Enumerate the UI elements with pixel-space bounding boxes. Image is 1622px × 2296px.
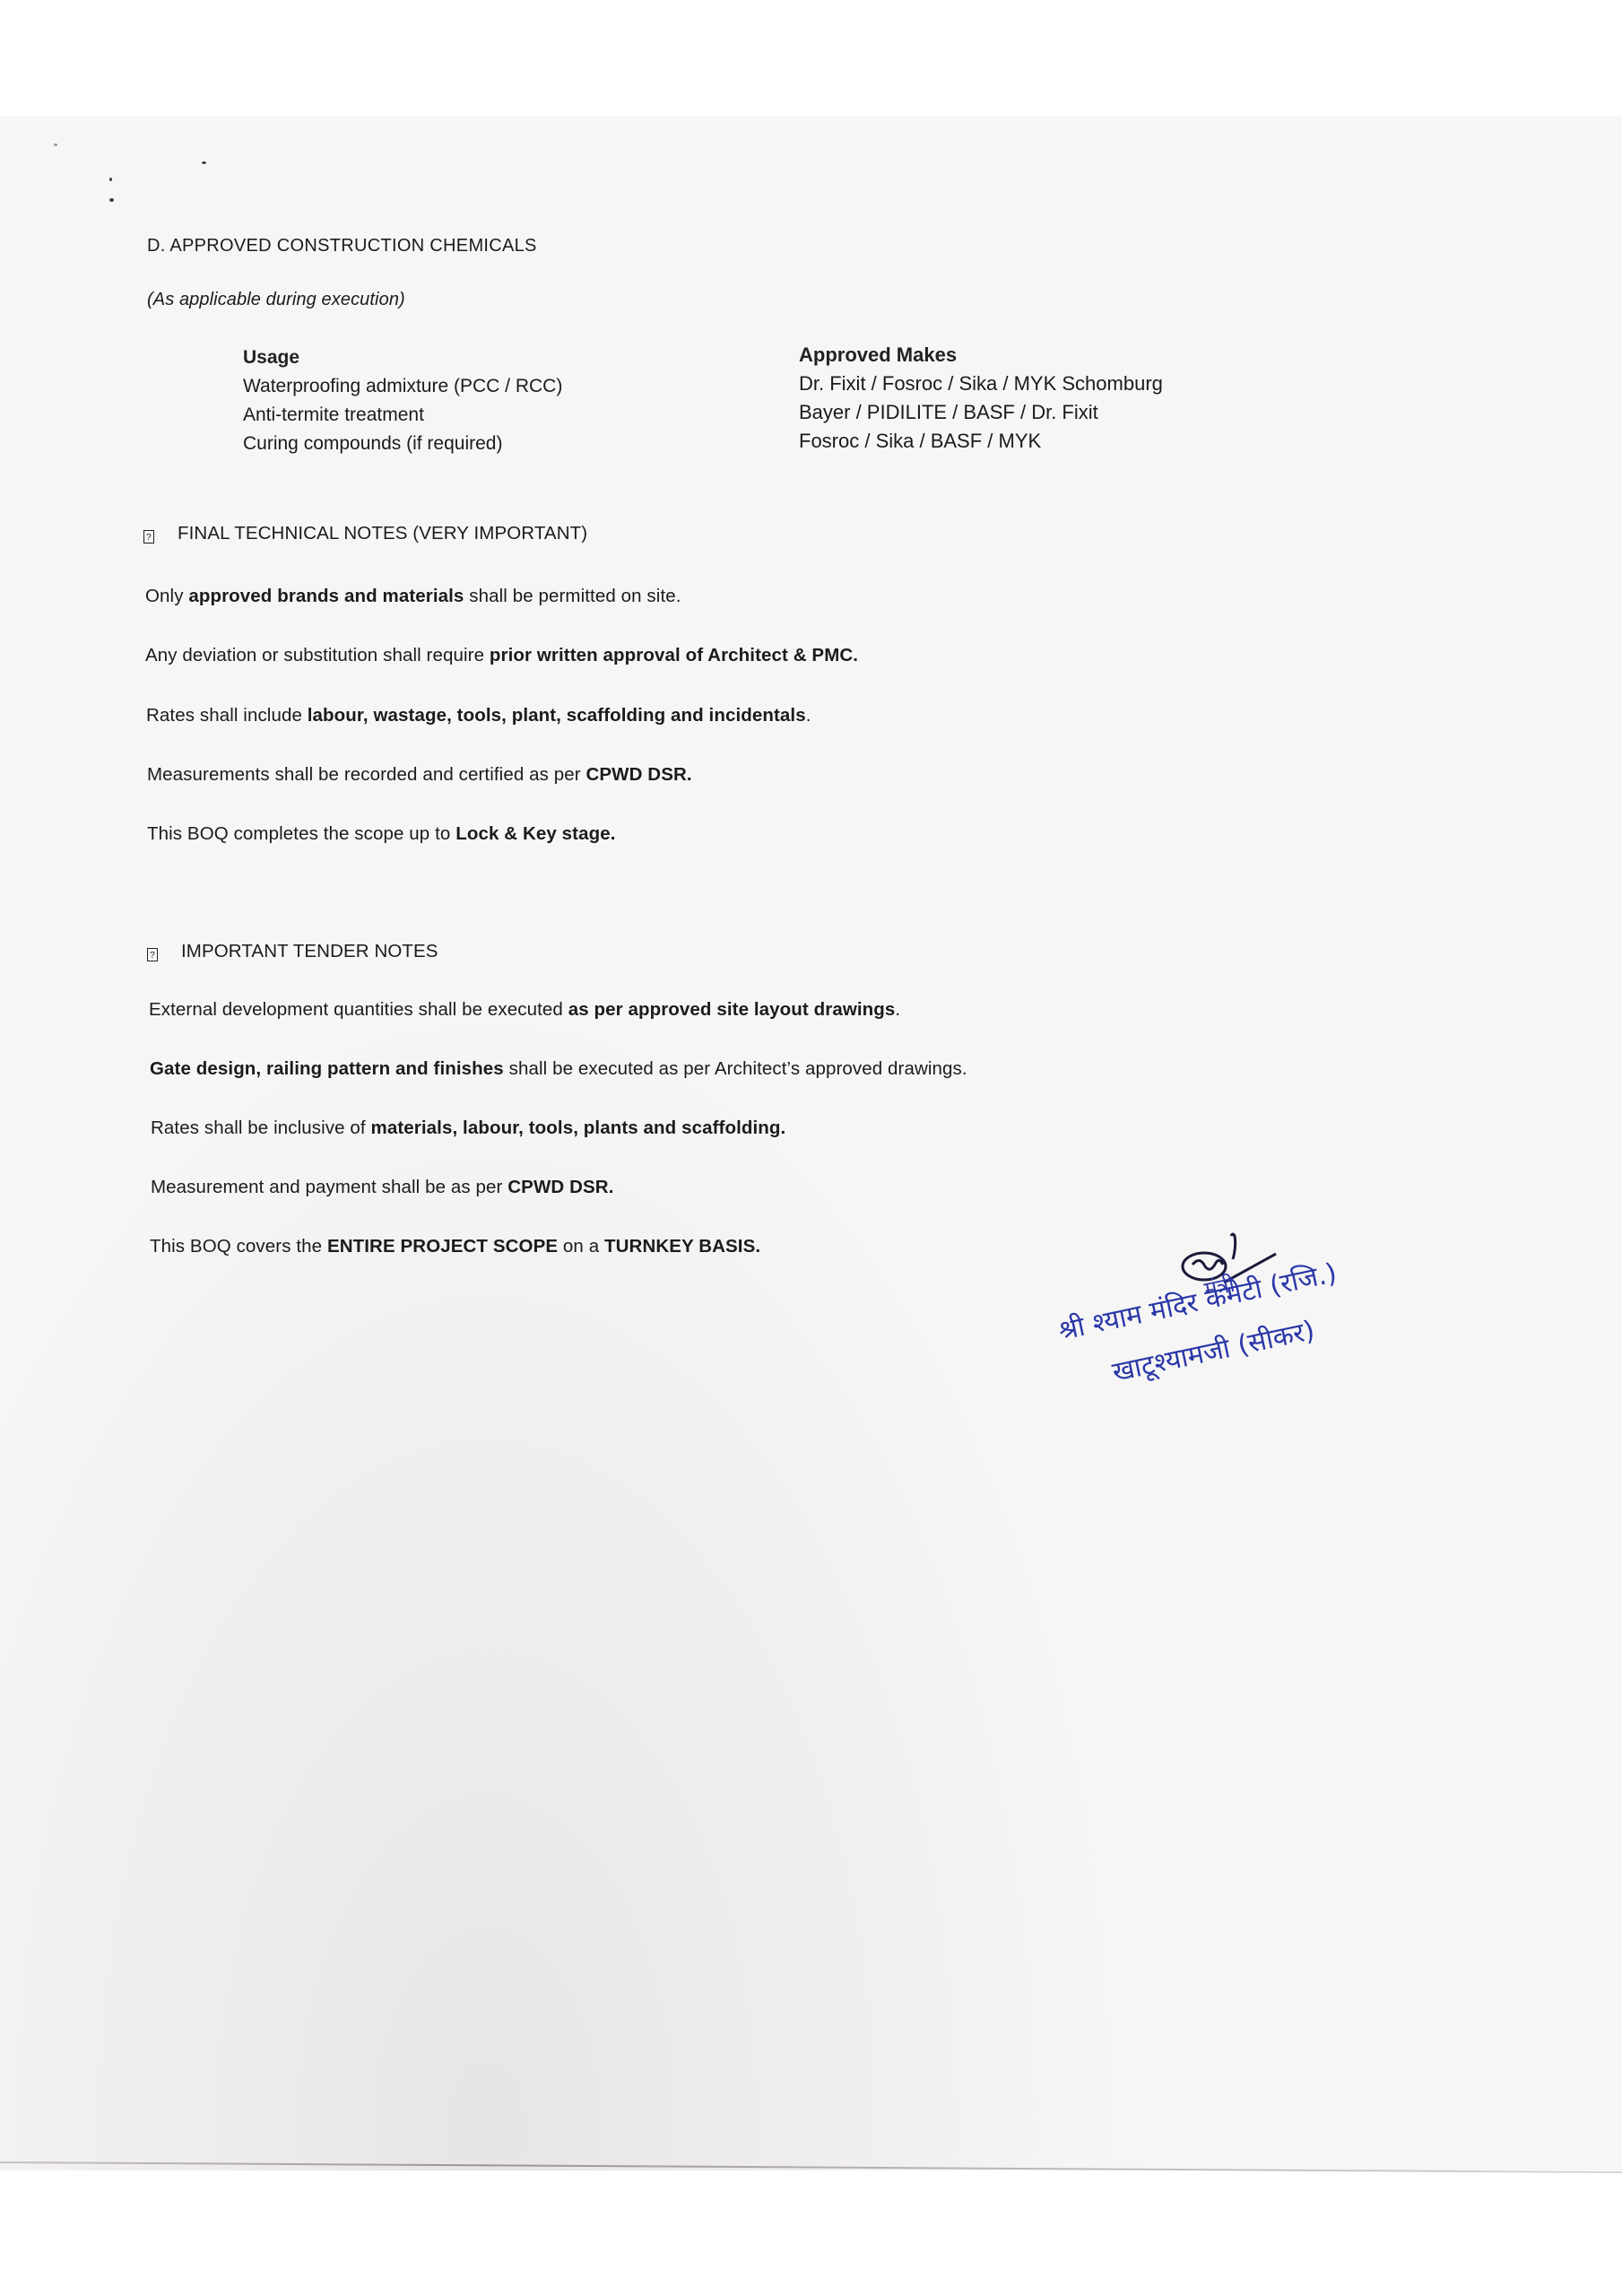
usage-header: Usage bbox=[243, 344, 562, 372]
scan-speck bbox=[202, 161, 206, 164]
scan-speck bbox=[54, 143, 57, 146]
note-text: External development quantities shall be… bbox=[149, 999, 568, 1020]
tender-notes-heading: IMPORTANT TENDER NOTES bbox=[181, 941, 438, 961]
tender-note-item: This BOQ covers the ENTIRE PROJECT SCOPE… bbox=[150, 1236, 760, 1257]
final-note-item: Rates shall include labour, wastage, too… bbox=[146, 705, 811, 726]
note-text: Measurements shall be recorded and certi… bbox=[147, 764, 585, 785]
final-note-item: Measurements shall be recorded and certi… bbox=[147, 764, 692, 786]
note-bold-text: as per approved site layout drawings bbox=[568, 999, 896, 1020]
note-text: on a bbox=[558, 1236, 604, 1257]
tender-note-item: Gate design, railing pattern and finishe… bbox=[150, 1058, 967, 1080]
committee-stamp: मंत्री श्री श्याम मंदिर कमेटी (रजि.) खाट… bbox=[1063, 1229, 1448, 1399]
final-notes-heading-row: ?FINAL TECHNICAL NOTES (VERY IMPORTANT) bbox=[143, 523, 587, 544]
final-notes-heading: FINAL TECHNICAL NOTES (VERY IMPORTANT) bbox=[178, 523, 587, 544]
note-bold-text: Gate design, railing pattern and finishe… bbox=[150, 1058, 504, 1079]
note-text: Only bbox=[145, 586, 188, 606]
final-note-item: Only approved brands and materials shall… bbox=[145, 586, 681, 607]
note-text: This BOQ completes the scope up to bbox=[147, 823, 455, 844]
final-note-item: Any deviation or substitution shall requ… bbox=[145, 645, 858, 666]
note-text: Rates shall include bbox=[146, 705, 308, 726]
usage-cell: Waterproofing admixture (PCC / RCC) bbox=[243, 372, 562, 401]
final-note-item: This BOQ completes the scope up to Lock … bbox=[147, 823, 616, 845]
missing-glyph-icon: ? bbox=[147, 948, 158, 961]
tender-note-item: External development quantities shall be… bbox=[149, 999, 900, 1021]
note-bold-text: labour, wastage, tools, plant, scaffoldi… bbox=[308, 705, 806, 726]
note-text: . bbox=[895, 999, 900, 1020]
note-text: Rates shall be inclusive of bbox=[151, 1118, 371, 1138]
usage-cell: Curing compounds (if required) bbox=[243, 430, 562, 458]
note-bold-text: CPWD DSR. bbox=[585, 764, 691, 785]
note-bold-text: materials, labour, tools, plants and sca… bbox=[371, 1118, 786, 1138]
tender-note-item: Measurement and payment shall be as per … bbox=[151, 1177, 614, 1198]
tender-notes-heading-row: ?IMPORTANT TENDER NOTES bbox=[147, 941, 438, 962]
note-bold-text: ENTIRE PROJECT SCOPE bbox=[327, 1236, 558, 1257]
makes-header: Approved Makes bbox=[799, 341, 1163, 370]
note-text: shall be executed as per Architect’s app… bbox=[504, 1058, 967, 1079]
section-d-subheading: (As applicable during execution) bbox=[147, 290, 405, 310]
usage-column: Usage Waterproofing admixture (PCC / RCC… bbox=[243, 344, 562, 458]
missing-glyph-icon: ? bbox=[143, 530, 154, 544]
note-text: . bbox=[806, 705, 811, 726]
note-bold-text: CPWD DSR. bbox=[507, 1177, 613, 1197]
note-bold-text: TURNKEY BASIS. bbox=[604, 1236, 760, 1257]
usage-cell: Anti-termite treatment bbox=[243, 401, 562, 430]
makes-cell: Dr. Fixit / Fosroc / Sika / MYK Schombur… bbox=[799, 370, 1163, 398]
makes-column: Approved Makes Dr. Fixit / Fosroc / Sika… bbox=[799, 341, 1163, 456]
note-bold-text: Lock & Key stage. bbox=[455, 823, 615, 844]
note-text: Measurement and payment shall be as per bbox=[151, 1177, 507, 1197]
makes-cell: Fosroc / Sika / BASF / MYK bbox=[799, 427, 1163, 456]
makes-cell: Bayer / PIDILITE / BASF / Dr. Fixit bbox=[799, 398, 1163, 427]
note-bold-text: approved brands and materials bbox=[188, 586, 464, 606]
scan-speck bbox=[109, 178, 112, 181]
scan-speck bbox=[109, 198, 114, 202]
note-bold-text: prior written approval of Architect & PM… bbox=[490, 645, 858, 665]
note-text: shall be permitted on site. bbox=[464, 586, 681, 606]
note-text: Any deviation or substitution shall requ… bbox=[145, 645, 490, 665]
note-text: This BOQ covers the bbox=[150, 1236, 327, 1257]
section-d-heading: D. APPROVED CONSTRUCTION CHEMICALS bbox=[147, 236, 537, 257]
tender-note-item: Rates shall be inclusive of materials, l… bbox=[151, 1118, 785, 1139]
